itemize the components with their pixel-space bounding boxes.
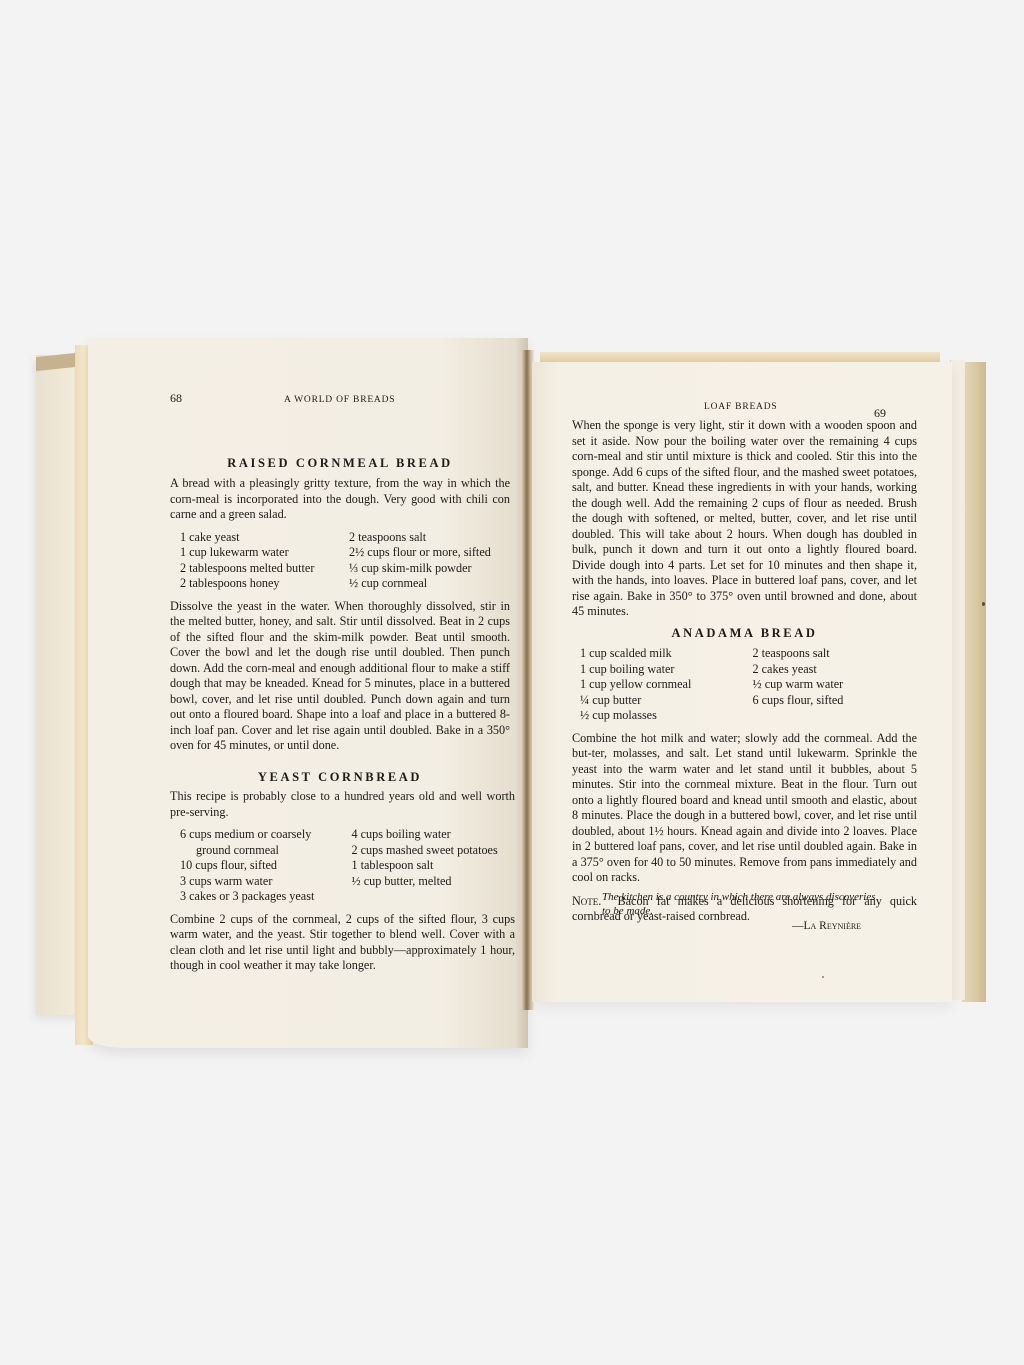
- running-head-right: Loaf Breads: [704, 402, 777, 412]
- ingredient: 1 tablespoon salt: [352, 858, 516, 874]
- note-label: Note.: [572, 894, 601, 908]
- recipe-intro: This recipe is probably close to a hundr…: [170, 789, 515, 820]
- page-stain: [982, 602, 985, 606]
- right-page: Loaf Breads 69 When the sponge is very l…: [532, 362, 952, 1002]
- ingredient: 10 cups flour, sifted: [180, 858, 344, 874]
- recipe-method: Combine the hot milk and water; slowly a…: [572, 731, 917, 886]
- recipe-continued-text: When the sponge is very light, stir it d…: [572, 418, 917, 620]
- ingredient: [753, 708, 918, 724]
- page-edges-top-right: [540, 352, 940, 362]
- ingredients-list: 1 cup scalded milk 2 teaspoons salt 1 cu…: [580, 646, 917, 724]
- ingredient: [352, 889, 516, 905]
- ingredient: 3 cakes or 3 packages yeast: [180, 889, 344, 905]
- epigraph-quote: The kitchen is a country in which there …: [602, 890, 882, 918]
- recipe-body-anadama: 1 cup scalded milk 2 teaspoons salt 1 cu…: [572, 646, 917, 925]
- ingredient: 2 cakes yeast: [753, 662, 918, 678]
- left-page: 68 A World of Breads Raised Cornmeal Bre…: [88, 338, 528, 1048]
- ingredient: 1 cake yeast: [180, 530, 341, 546]
- recipe-title-yeast-cornbread: Yeast Cornbread: [170, 770, 510, 785]
- leaf-right: [950, 360, 965, 1000]
- ingredient: ½ cup molasses: [580, 708, 745, 724]
- ingredient: 2 tablespoons honey: [180, 576, 341, 592]
- ingredient: ¼ cup butter: [580, 693, 745, 709]
- ingredient: 1 cup boiling water: [580, 662, 745, 678]
- ingredient: 4 cups boiling water: [352, 827, 516, 843]
- ingredient: ½ cup cornmeal: [349, 576, 510, 592]
- ingredient: 2 teaspoons salt: [349, 530, 510, 546]
- recipe-title-anadama: Anadama Bread: [572, 626, 917, 641]
- ingredient: 2½ cups flour or more, sifted: [349, 545, 510, 561]
- recipe-method: Dissolve the yeast in the water. When th…: [170, 599, 510, 754]
- page-stain: [822, 976, 824, 978]
- running-head-left: A World of Breads: [284, 395, 395, 405]
- recipe-body-yeast-cornbread: This recipe is probably close to a hundr…: [170, 789, 515, 974]
- ingredient: 1 cup lukewarm water: [180, 545, 341, 561]
- epigraph-attribution: —La Reynière: [792, 920, 861, 932]
- ingredient: 3 cups warm water: [180, 874, 344, 890]
- recipe-title-raised-cornmeal: Raised Cornmeal Bread: [170, 456, 510, 471]
- page-number-left: 68: [170, 391, 182, 406]
- ingredient: 1 cup yellow cornmeal: [580, 677, 745, 693]
- ingredient: 6 cups medium or coarsely: [180, 827, 344, 843]
- ingredients-list: 6 cups medium or coarsely 4 cups boiling…: [180, 827, 515, 905]
- recipe-method: Combine 2 cups of the cornmeal, 2 cups o…: [170, 912, 515, 974]
- ingredient: ½ cup butter, melted: [352, 874, 516, 890]
- ingredient: 2 tablespoons melted butter: [180, 561, 341, 577]
- ingredient: ground cornmeal: [180, 843, 344, 859]
- ingredient: 2 teaspoons salt: [753, 646, 918, 662]
- recipe-body-raised-cornmeal: A bread with a pleasingly gritty texture…: [170, 476, 510, 754]
- ingredient: 2 cups mashed sweet potatoes: [352, 843, 516, 859]
- continued-paragraph: When the sponge is very light, stir it d…: [572, 418, 917, 620]
- ingredient: 6 cups flour, sifted: [753, 693, 918, 709]
- recipe-intro: A bread with a pleasingly gritty texture…: [170, 476, 510, 523]
- ingredients-list: 1 cake yeast 2 teaspoons salt 1 cup luke…: [180, 530, 510, 592]
- ingredient: ⅓ cup skim-milk powder: [349, 561, 510, 577]
- ingredient: ½ cup warm water: [753, 677, 918, 693]
- book-cover-right: [962, 362, 986, 1002]
- ingredient: 1 cup scalded milk: [580, 646, 745, 662]
